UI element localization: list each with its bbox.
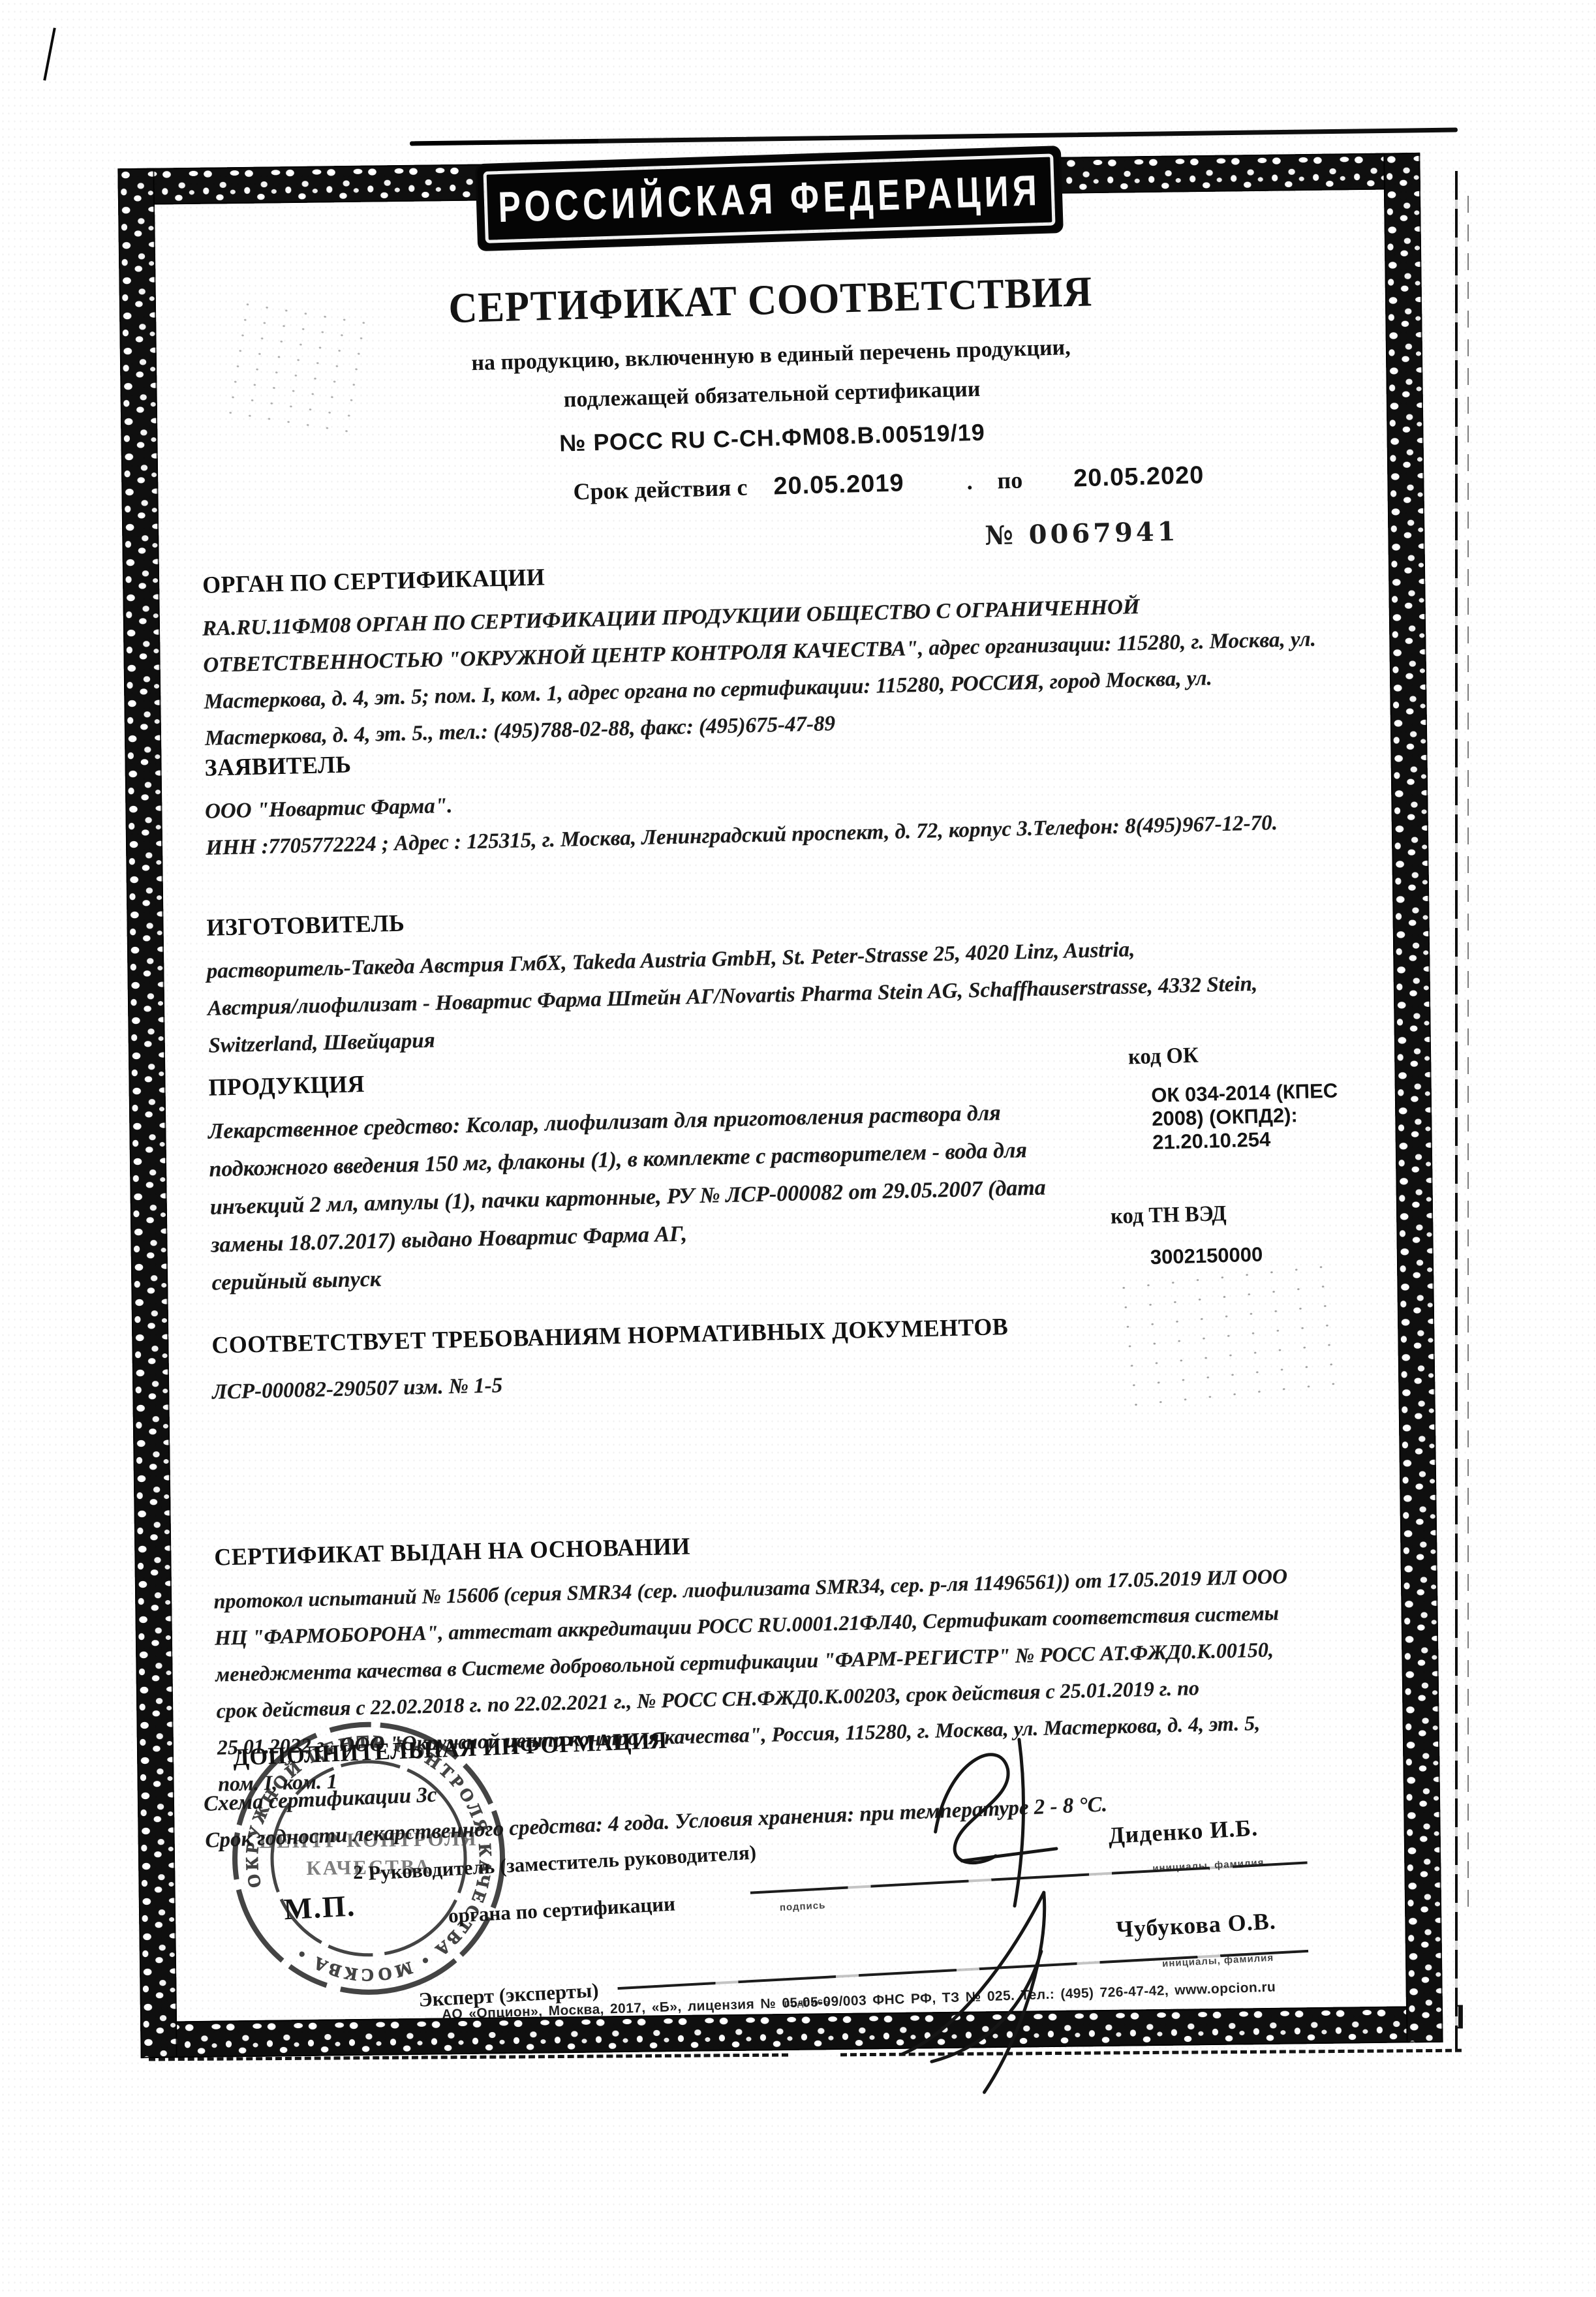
banner-label: РОССИЙСКАЯ ФЕДЕРАЦИЯ: [497, 165, 1041, 232]
ok-code-value: ОК 034-2014 (КПЕС2008) (ОКПД2):21.20.10.…: [1151, 1079, 1340, 1154]
certificate-document: РОССИЙСКАЯ ФЕДЕРАЦИЯ СЕРТИФИКАТ СООТВЕТС…: [117, 153, 1443, 2058]
border-right: [1383, 153, 1443, 2043]
section-body-manufacturer: растворитель-Такеда Австрия ГмбХ, Takeda…: [206, 929, 1259, 1065]
scan-edge-line: [1455, 171, 1458, 2052]
blank-serial-number: № 0067941: [985, 516, 1179, 551]
section-title-basis: СЕРТИФИКАТ ВЫДАН НА ОСНОВАНИИ: [214, 1532, 690, 1571]
section-body-applicant: ООО "Новартис Фарма".ИНН :7705772224 ; А…: [204, 768, 1278, 867]
valid-to-date: 20.05.2020: [1073, 461, 1205, 493]
section-title-organ: ОРГАН ПО СЕРТИФИКАЦИИ: [202, 563, 545, 599]
validity-row: Срок действия с 20.05.2019 . по 20.05.20…: [573, 461, 1205, 506]
section-title-production: ПРОДУКЦИЯ: [208, 1070, 365, 1102]
valid-from-date: 20.05.2019: [773, 469, 904, 501]
bracket-mark: ]: [1454, 2001, 1466, 2031]
separator-dot: .: [966, 468, 973, 495]
scanned-certificate-page: ] РОССИЙСКАЯ ФЕДЕРАЦИЯ СЕРТИФИКАТ СООТВЕ…: [0, 0, 1596, 2297]
federation-banner: РОССИЙСКАЯ ФЕДЕРАЦИЯ: [477, 147, 1062, 249]
section-body-organ: RA.RU.11ФМ08 ОРГАН ПО СЕРТИФИКАЦИИ ПРОДУ…: [202, 585, 1318, 757]
tnved-code-label: код ТН ВЭД: [1111, 1201, 1227, 1229]
corner-slash-mark: [43, 27, 56, 80]
section-title-conformity: СООТВЕТСТВУЕТ ТРЕБОВАНИЯМ НОРМАТИВНЫХ ДО…: [211, 1313, 1009, 1360]
section-body-conformity: ЛСР-000082-290507 изм. № 1-5: [212, 1367, 503, 1410]
section-body-production: Лекарственное средство: Ксолар, лиофилиз…: [207, 1094, 1048, 1303]
scan-edge-line-2: [1467, 196, 1469, 1919]
to-label: по: [997, 467, 1023, 495]
expert-signature: [883, 1856, 1082, 2106]
scan-artifact-line: [410, 127, 1458, 146]
section-title-applicant: ЗАЯВИТЕЛЬ: [204, 750, 352, 782]
head-sign-caption: подпись: [780, 1900, 826, 1913]
ok-code-label: код ОК: [1128, 1043, 1199, 1070]
validity-label: Срок действия с: [573, 474, 748, 506]
head-name: Диденко И.Б.: [1108, 1814, 1259, 1849]
tnved-code-value: 3002150000: [1150, 1243, 1263, 1270]
expert-name: Чубукова О.В.: [1115, 1907, 1276, 1943]
section-title-manufacturer: ИЗГОТОВИТЕЛЬ: [206, 910, 405, 942]
